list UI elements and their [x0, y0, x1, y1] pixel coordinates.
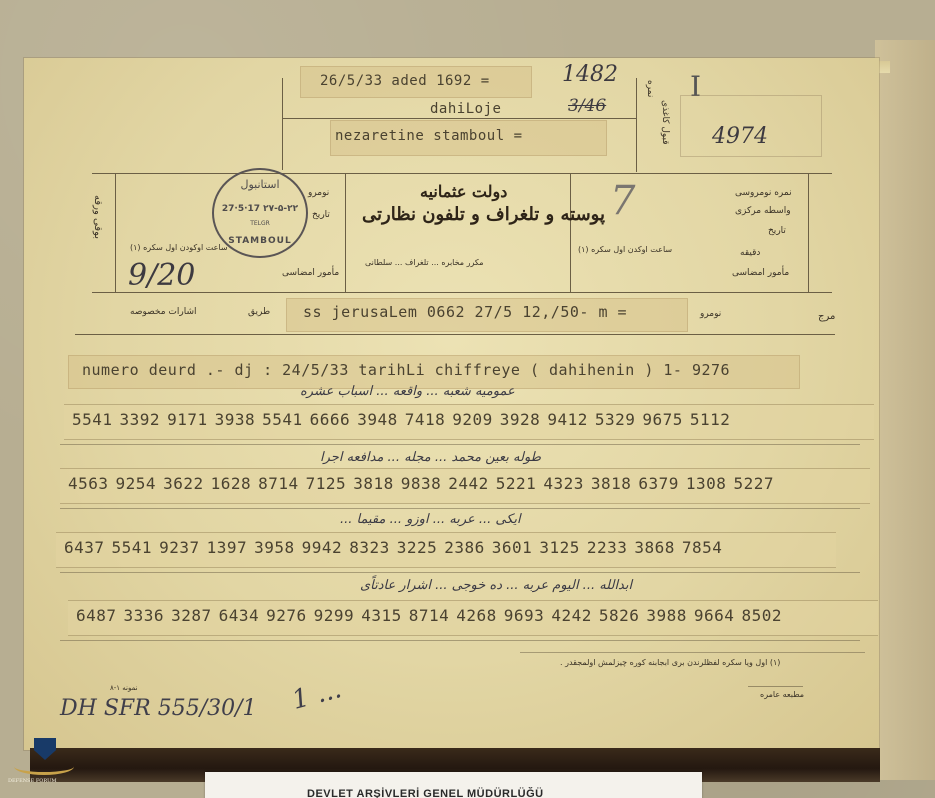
shield-icon: [34, 738, 56, 760]
cipher-group: 8323: [349, 538, 390, 557]
cipher-group: 5541: [72, 410, 113, 429]
left-side-label: بوقی ورقه: [92, 195, 103, 239]
cipher-group: 6434: [219, 606, 260, 625]
stamp-date: 27·5·17 ۲۷-۵-۲۲: [216, 204, 304, 214]
cipher-group: 9942: [302, 538, 343, 557]
cipher-group: 3948: [357, 410, 398, 429]
right-label-3: تاریخ: [768, 226, 786, 236]
wings-icon: [14, 758, 74, 775]
cipher-group: 3622: [163, 474, 204, 493]
cipher-group: 1397: [207, 538, 248, 557]
rule: [636, 78, 637, 172]
rule: [282, 78, 283, 170]
right-label-4: دقیقه: [740, 248, 760, 258]
cipher-group: 3868: [634, 538, 675, 557]
cipher-row: 5541339291713938554166663948741892093928…: [72, 410, 737, 429]
header-line-2: dahiLoje: [430, 101, 501, 117]
cipher-group: 9209: [452, 410, 493, 429]
cipher-group: 9276: [266, 606, 307, 625]
cipher-group: 2386: [444, 538, 485, 557]
cipher-group: 5227: [733, 474, 774, 493]
cipher-group: 9693: [504, 606, 545, 625]
rule: [92, 173, 832, 174]
cipher-group: 4563: [68, 474, 109, 493]
postmark-stamp: استانبول 27·5·17 ۲۷-۵-۲۲ TELGR STAMBOUL: [212, 168, 308, 258]
printer-label: مطبعه عامره: [760, 690, 804, 699]
cipher-group: 5541: [112, 538, 153, 557]
rule: [570, 173, 571, 293]
cipher-group: 9412: [547, 410, 588, 429]
cipher-group: 1308: [686, 474, 727, 493]
left-label-signature: مأمور امضاسی: [282, 268, 339, 278]
left-label-date: تاریخ: [312, 210, 330, 220]
cipher-group: 8714: [258, 474, 299, 493]
rule: [520, 652, 865, 653]
cipher-group: 8714: [409, 606, 450, 625]
cipher-group: 3928: [500, 410, 541, 429]
cipher-group: 1628: [211, 474, 252, 493]
cipher-group: 8502: [741, 606, 782, 625]
rule: [60, 444, 860, 445]
cipher-group: 4323: [543, 474, 584, 493]
right-label-1: نمره نومروسی: [735, 188, 792, 198]
handwritten-decipher: ایکی ... عربه ... اوزو ... مقیما ...: [340, 512, 521, 527]
cipher-group: 3336: [124, 606, 165, 625]
form-number: نمونه ۱-۸: [110, 684, 138, 692]
rule: [75, 334, 835, 335]
emblem-subline: مکرر مخابره ... تلغراف ... سلطانی: [365, 258, 484, 267]
cipher-row: 6437554192371397395899428323322523863601…: [64, 538, 729, 557]
cipher-group: 9299: [314, 606, 355, 625]
cipher-group: 3938: [215, 410, 256, 429]
rule: [115, 173, 116, 293]
subject-line: numero deurd .- dj : 24/5/33 tarihLi chi…: [82, 361, 730, 379]
handwritten-decipher: ابدالله ... الیوم عربه ... ده خوجی ... ا…: [360, 578, 632, 593]
route-label-way: طریق: [248, 307, 270, 317]
right-handwritten: 7: [610, 178, 635, 224]
cipher-group: 9838: [401, 474, 442, 493]
cipher-group: 4315: [361, 606, 402, 625]
watermark-text: DEFENSE FORUM: [8, 778, 56, 784]
right-label-6: مأمور امضاسی: [732, 268, 789, 278]
cipher-group: 7854: [682, 538, 723, 557]
right-box-label: قبول کاغذی: [660, 100, 670, 145]
cipher-group: 5329: [595, 410, 636, 429]
header-line-3: nezaretine stamboul =: [335, 128, 523, 144]
cipher-group: 3818: [591, 474, 632, 493]
cipher-group: 3125: [539, 538, 580, 557]
cipher-group: 9237: [159, 538, 200, 557]
cipher-group: 6437: [64, 538, 105, 557]
left-label-number: نومرو: [308, 188, 329, 198]
cipher-group: 3392: [120, 410, 161, 429]
rule: [282, 118, 637, 119]
rule: [60, 640, 860, 641]
cipher-group: 2233: [587, 538, 628, 557]
cipher-group: 9664: [694, 606, 735, 625]
cipher-group: 4268: [456, 606, 497, 625]
forum-watermark: DEFENSE FORUM: [8, 738, 78, 794]
cipher-group: 9675: [642, 410, 683, 429]
cipher-group: 2442: [448, 474, 489, 493]
cipher-group: 5826: [599, 606, 640, 625]
cipher-group: 3601: [492, 538, 533, 557]
cipher-row: 6487333632876434927692994315871442689693…: [76, 606, 789, 625]
struck-number: 3/46: [568, 96, 606, 116]
right-label-2: واسطه مرکزی: [735, 206, 791, 216]
rule: [748, 686, 803, 687]
cipher-row: 4563925436221628871471253818983824425221…: [68, 474, 781, 493]
archive-label: DEVLET ARŞİVLERİ GENEL MÜDÜRLÜĞÜ: [307, 788, 544, 798]
stamp-top: استانبول: [214, 178, 306, 191]
cipher-group: 5541: [262, 410, 303, 429]
cipher-group: 6487: [76, 606, 117, 625]
handwritten-decipher: طوله بعین محمد ... مجله ... مدافعه اجرا: [320, 450, 541, 465]
cipher-group: 5221: [496, 474, 537, 493]
cipher-group: 4242: [551, 606, 592, 625]
route-label-number: نومرو: [700, 309, 721, 319]
archive-label-card: DEVLET ARŞİVLERİ GENEL MÜDÜRLÜĞÜ: [205, 772, 702, 798]
cipher-group: 5112: [690, 410, 731, 429]
rule: [60, 508, 860, 509]
cipher-group: 7418: [405, 410, 446, 429]
cipher-group: 9254: [116, 474, 157, 493]
route-label-far: مرج: [818, 311, 835, 322]
rule: [345, 173, 346, 293]
cipher-group: 3225: [397, 538, 438, 557]
emblem-line-2: پوسته و تلغراف و تلفون نظارتی: [362, 204, 605, 225]
cipher-group: 9171: [167, 410, 208, 429]
cipher-group: 6379: [638, 474, 679, 493]
archive-reference: DH SFR 555/30/1: [60, 696, 257, 721]
header-line-1: 26/5/33 aded 1692 =: [320, 73, 490, 89]
cipher-group: 3988: [646, 606, 687, 625]
stamp-middle: TELGR: [214, 220, 306, 227]
rule: [92, 292, 832, 293]
folder-edge: [875, 40, 935, 780]
emblem-line-1: دولت عثمانیه: [420, 182, 507, 201]
footnote: (۱) اول ویا سکره لفظلرندن بری ابجابنه کو…: [560, 658, 780, 667]
route-label-special: اشارات مخصوصه: [130, 307, 197, 317]
cipher-group: 7125: [306, 474, 347, 493]
stamp-bottom: STAMBOUL: [214, 236, 306, 246]
right-box-label: نمره: [645, 80, 655, 97]
cipher-group: 3818: [353, 474, 394, 493]
left-label-time: ساعت اوکودن اول سکره (۱): [130, 243, 228, 252]
rule: [808, 173, 809, 293]
handwritten-number: 1482: [562, 62, 618, 87]
cipher-group: 6666: [310, 410, 351, 429]
route-typed: ss jerusaLem 0662 27/5 12,/50- m =: [303, 303, 627, 321]
handwritten-decipher: عمومیه شعبه ... واقعه ... اسباب عشره: [300, 384, 515, 399]
right-box-frame: [680, 95, 822, 157]
cipher-group: 3287: [171, 606, 212, 625]
left-handwritten: 9/20: [128, 258, 195, 293]
cipher-group: 3958: [254, 538, 295, 557]
right-label-5: ساعت اوکدن اول سکره (۱): [578, 245, 672, 254]
rule: [60, 572, 860, 573]
